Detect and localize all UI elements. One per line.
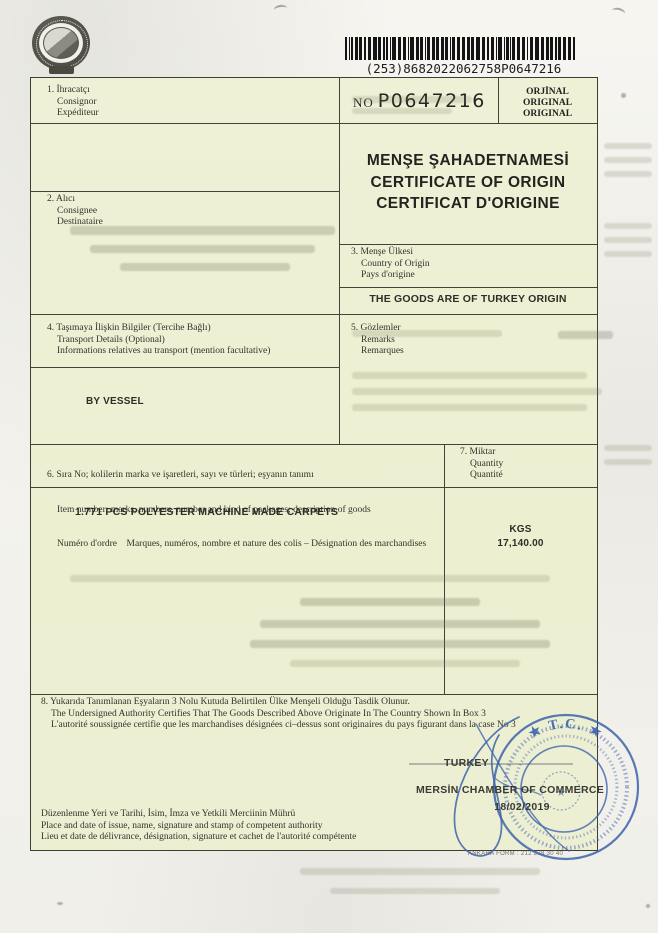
goods-description-value: 1.771 PCS POLYESTER MACHINE MADE CARPETS [75,506,338,518]
grid-line [339,78,340,444]
footer-line-tr: Düzenlenme Yeri ve Tarihi, İsim, İmza ve… [41,809,356,821]
grid-line [339,287,597,288]
barcode [345,37,582,60]
box4-line-tr: 4. Taşımaya İlişkin Bilgiler (Tercihe Ba… [47,323,270,335]
box1-line-en: Consignor [57,97,99,109]
document-title: MENŞE ŞAHADETNAMESİ CERTIFICATE OF ORIGI… [339,150,597,215]
copy-label: ORIGINAL [498,109,597,120]
barcode-number: (253)8682022062758P0647216 [345,61,582,76]
box7-line-tr: 7. Miktar [460,447,503,459]
box3-country-label: 3. Menşe Ülkesi Country of Origin Pays d… [351,247,430,282]
box5-line-tr: 5. Gözlemler [351,323,404,335]
grid-line [31,694,597,695]
bleedthrough-mark [604,459,652,465]
box2-consignee-label: 2. Alıcı Consignee Destinataire [47,194,103,229]
footer-issue-label: Düzenlenme Yeri ve Tarihi, İsim, İmza ve… [41,809,356,844]
box1-line-tr: 1. İhracatçı [47,85,99,97]
grid-line [444,444,445,694]
certificate-of-origin-page: (253)8682022062758P0647216 1. İhracatçı … [0,0,658,933]
grid-line [31,191,339,192]
grid-line [31,367,339,368]
bleedthrough-mark [604,223,652,229]
seal-ribbon [49,66,74,74]
box7-line-en: Quantity [470,459,503,471]
footer-line-en: Place and date of issue, name, signature… [41,821,356,833]
certificate-number: NO P0647216 [353,90,486,112]
copy-label: ORJİNAL [498,87,597,98]
scan-mark [646,904,650,908]
scan-mark [274,4,288,14]
bleedthrough-mark [604,157,652,163]
title-line-en: CERTIFICATE OF ORIGIN [339,172,597,194]
grid-line [31,123,597,124]
title-line-tr: MENŞE ŞAHADETNAMESİ [339,150,597,172]
box4-line-fr: Informations relatives au transport (men… [57,346,270,358]
box2-line-en: Consignee [57,206,103,218]
box6-line-fr: Numéro d'ordre Marques, numéros, nombre … [57,539,439,551]
grid-line [339,244,597,245]
box3-line-en: Country of Origin [361,259,430,271]
bleedthrough-mark [604,445,652,451]
origin-country-text: TURKEY [444,757,489,769]
seal-globe-icon [43,27,79,59]
box3-line-fr: Pays d'origine [361,270,430,282]
title-line-fr: CERTIFICAT D'ORIGINE [339,193,597,215]
scan-mark [57,902,63,905]
box2-line-fr: Destinataire [57,217,103,229]
scan-mark [621,93,626,98]
tobb-seal [30,16,94,78]
country-of-origin-value: THE GOODS ARE OF TURKEY ORIGIN [339,293,597,305]
box4-line-en: Transport Details (Optional) [57,335,270,347]
box7-quantity-label: 7. Miktar Quantity Quantité [460,447,503,482]
bleedthrough-mark [604,143,652,149]
transport-details-value: BY VESSEL [86,396,144,407]
copy-type-labels: ORJİNAL ORIGINAL ORIGINAL [498,87,597,120]
box2-line-tr: 2. Alıcı [47,194,103,206]
box5-line-fr: Remarques [361,346,404,358]
certificate-form: 1. İhracatçı Consignor Expéditeur NO P06… [30,77,598,851]
box6-line-tr: 6. Sıra No; kolilerin marka ve işaretler… [47,470,439,482]
box4-transport-label: 4. Taşımaya İlişkin Bilgiler (Tercihe Ba… [47,323,270,358]
box5-remarks-label: 5. Gözlemler Remarks Remarques [351,323,404,358]
box1-line-fr: Expéditeur [57,108,99,120]
copy-label: ORIGINAL [498,98,597,109]
certificate-number-value: P0647216 [378,90,486,112]
certificate-number-prefix: NO [353,95,374,110]
bleedthrough-mark [604,171,652,177]
box7-line-fr: Quantité [470,470,503,482]
grid-line [31,314,597,315]
box1-consignor-label: 1. İhracatçı Consignor Expéditeur [47,85,99,120]
footer-line-fr: Lieu et date de délivrance, désignation,… [41,832,356,844]
bleedthrough-mark [330,888,500,894]
quantity-unit: KGS [444,524,597,535]
quantity-amount: 17,140.00 [444,538,597,549]
issue-date-text: 18/02/2019 [486,801,558,813]
issuing-authority-text: MERSİN CHAMBER OF COMMERCE [416,784,616,796]
box3-line-tr: 3. Menşe Ülkesi [351,247,430,259]
grid-line [31,444,597,445]
bleedthrough-mark [604,237,652,243]
scan-mark [611,7,626,18]
box5-line-en: Remarks [361,335,404,347]
bleedthrough-mark [604,251,652,257]
